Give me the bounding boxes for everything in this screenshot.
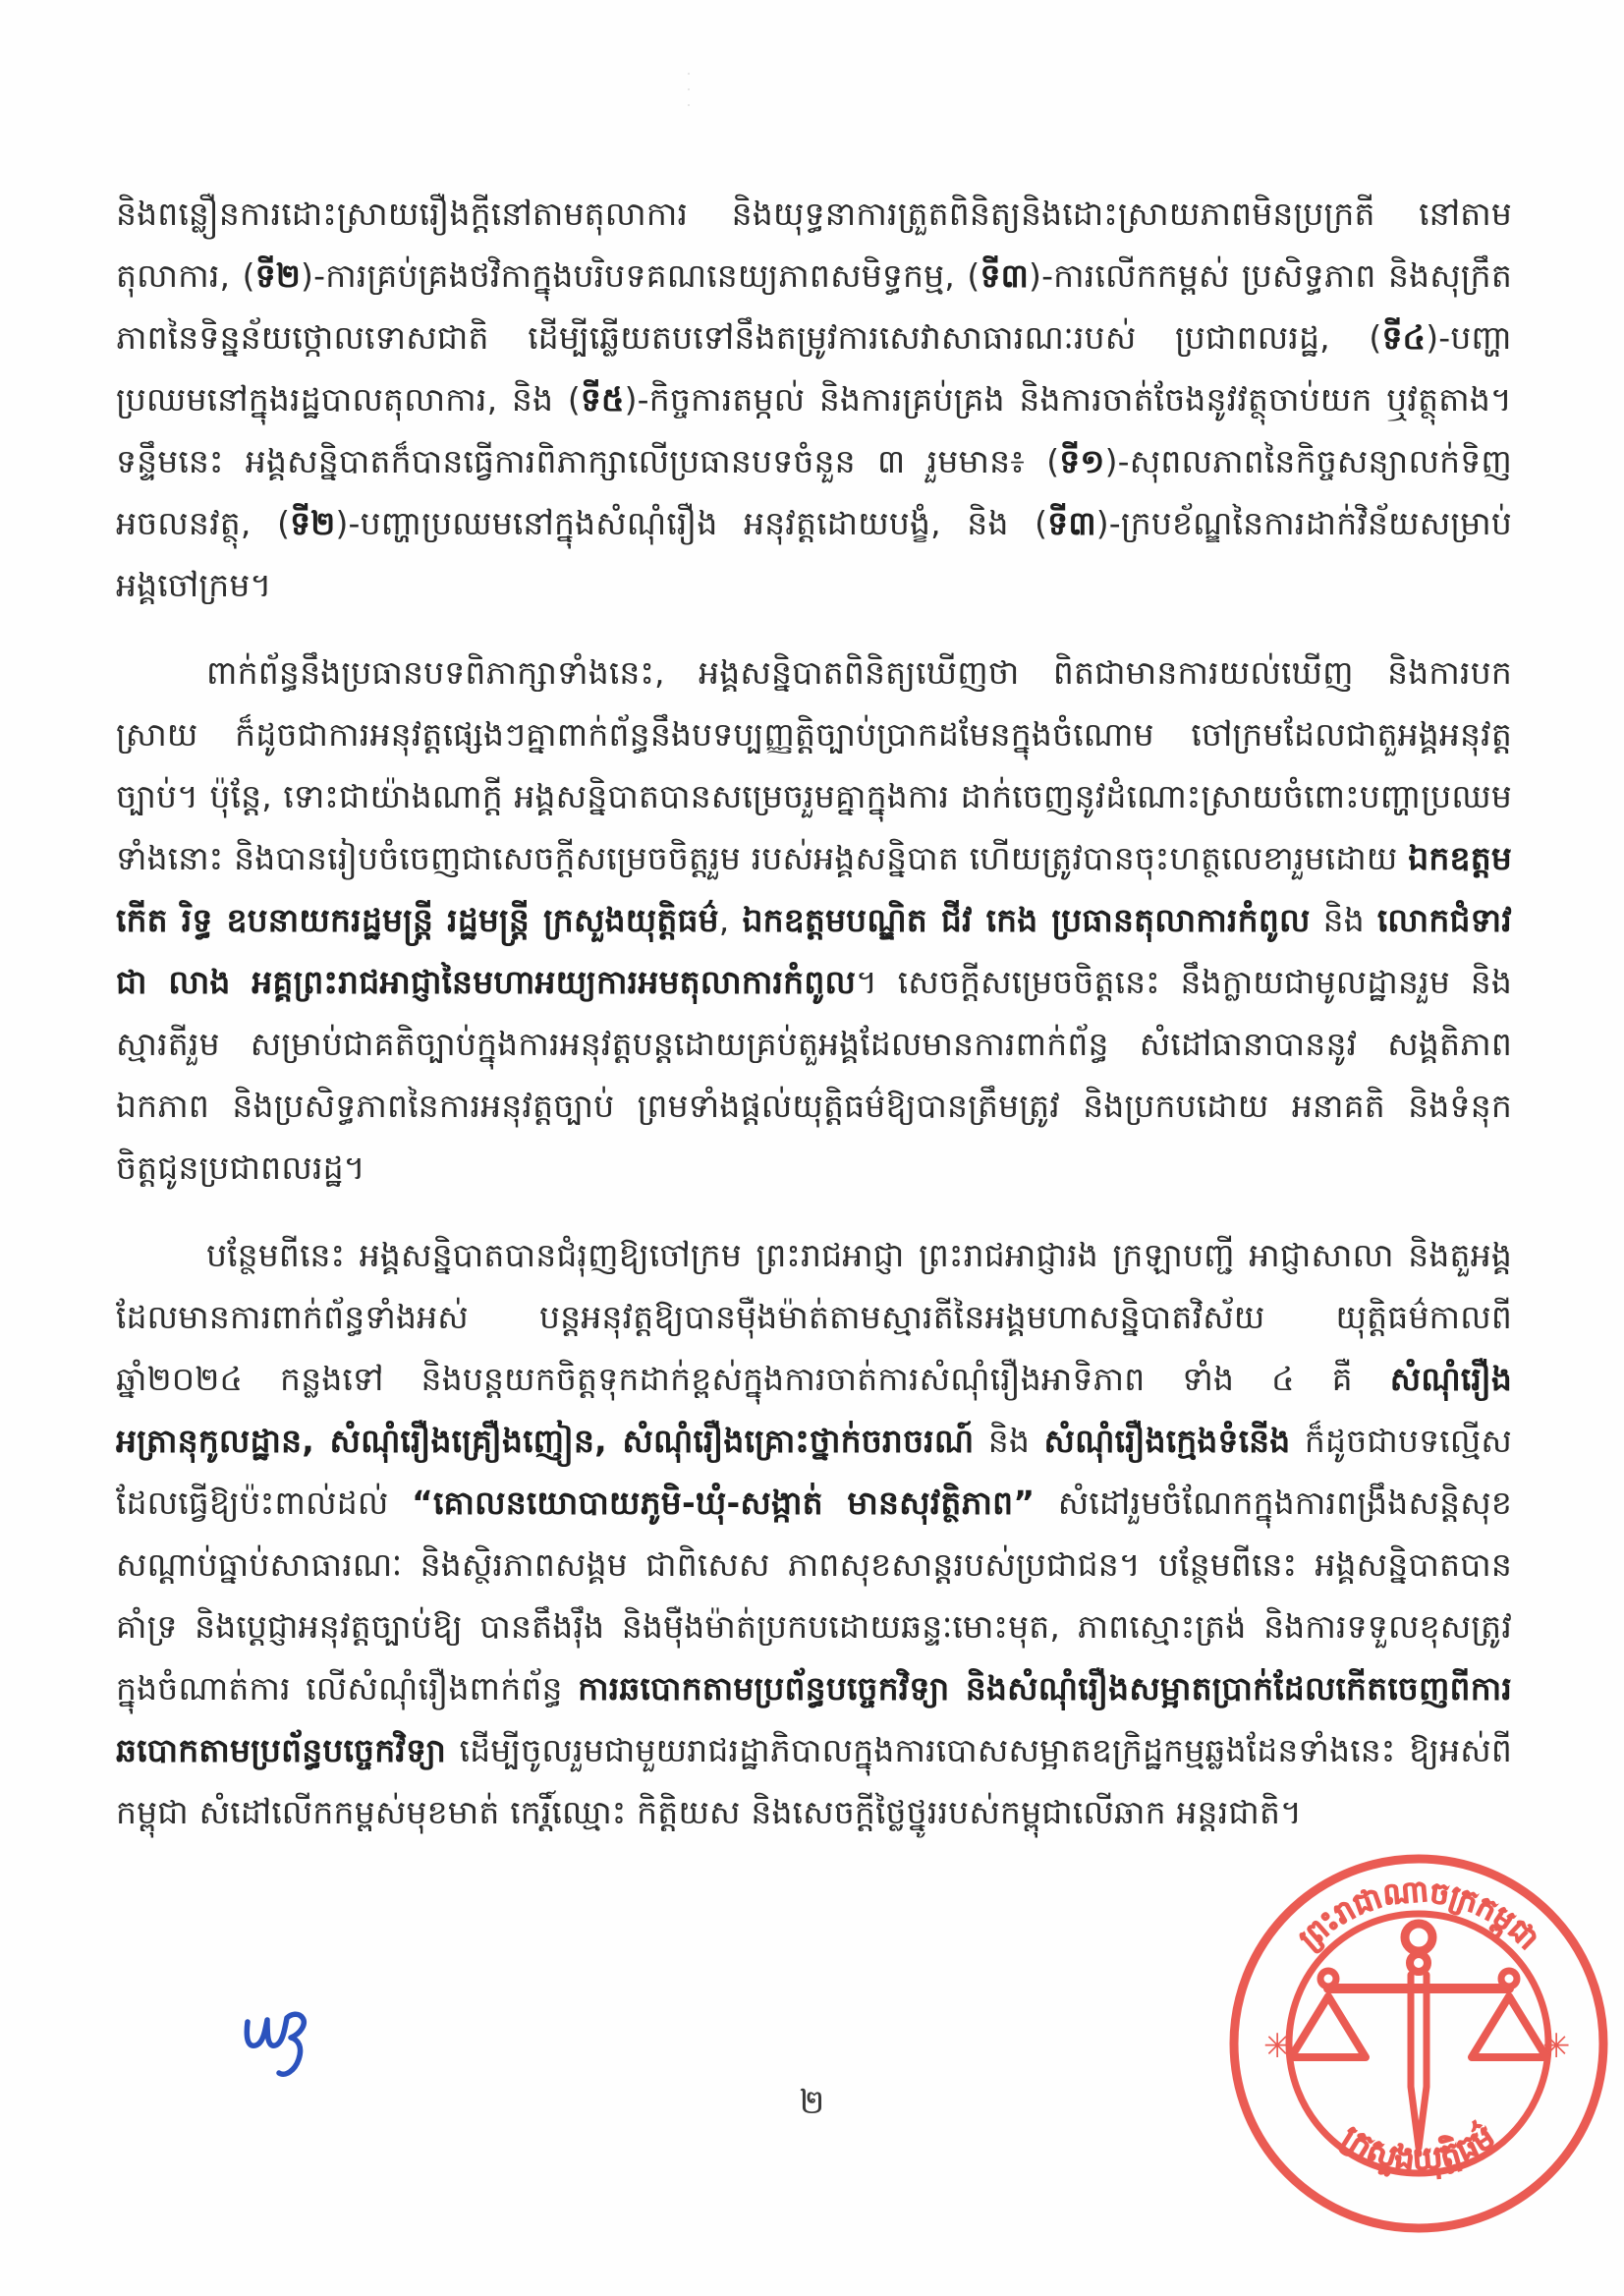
text-segment: )-ការគ្រប់គ្រងថវិកាក្នុងបរិបទគណនេយ្យភាពស… <box>301 256 980 295</box>
document-body: និងពន្លឿនការដោះស្រាយរឿងក្តីនៅតាមតុលាការ … <box>116 183 1512 1843</box>
paragraph: និងពន្លឿនការដោះស្រាយរឿងក្តីនៅតាមតុលាការ … <box>116 183 1512 616</box>
bold-text-segment: សំណុំរឿងក្មេងទំនើង <box>1044 1422 1291 1460</box>
text-segment: , <box>719 901 743 939</box>
text-segment: និង <box>1311 901 1377 939</box>
page-number: ២ <box>0 2081 1624 2130</box>
bold-text-segment: ទី៤ <box>1382 318 1427 357</box>
handwritten-initial <box>242 2004 316 2087</box>
bold-text-segment: ទី៥ <box>581 380 625 419</box>
bold-text-segment: ឯកឧត្តមបណ្ឌិត ជីវ កេង ប្រធានតុលាការកំពូល <box>742 901 1310 939</box>
bold-text-segment: ទី៣ <box>1047 504 1096 542</box>
bold-text-segment: “គោលនយោបាយភូមិ-ឃុំ-សង្កាត់ មានសុវត្ថិភាព… <box>412 1484 1035 1522</box>
text-segment: ពាក់ព័ន្ធនឹងប្រធានបទពិភាក្សាទាំងនេះ, អង្… <box>116 653 1512 877</box>
text-segment: )-បញ្ហាប្រឈមនៅក្នុងសំណុំរឿង អនុវត្តដោយបង… <box>335 504 1047 542</box>
text-segment: និង <box>974 1422 1043 1460</box>
paragraph: បន្ថែមពីនេះ អង្គសន្និបាតបានជំរុញឱ្យចៅក្រ… <box>116 1224 1512 1843</box>
paragraph: ពាក់ព័ន្ធនឹងប្រធានបទពិភាក្សាទាំងនេះ, អង្… <box>116 642 1512 1199</box>
document-page: និងពន្លឿនការដោះស្រាយរឿងក្តីនៅតាមតុលាការ … <box>0 0 1624 2296</box>
ministry-stamp: ព្រះរាជាណាចក្រកម្ពុជា ក្រសួងយុត្តិធម៌ ✳ … <box>1226 1851 1611 2236</box>
scan-artifact <box>688 59 690 118</box>
bold-text-segment: ទី៣ <box>980 256 1029 295</box>
bold-text-segment: ទី១ <box>1059 442 1104 480</box>
stamp-left-star-icon: ✳ <box>1263 2027 1292 2066</box>
text-segment: បន្ថែមពីនេះ អង្គសន្និបាតបានជំរុញឱ្យចៅក្រ… <box>116 1236 1512 1398</box>
bold-text-segment: ទី២ <box>255 256 301 295</box>
bold-text-segment: ទី២ <box>290 504 335 542</box>
